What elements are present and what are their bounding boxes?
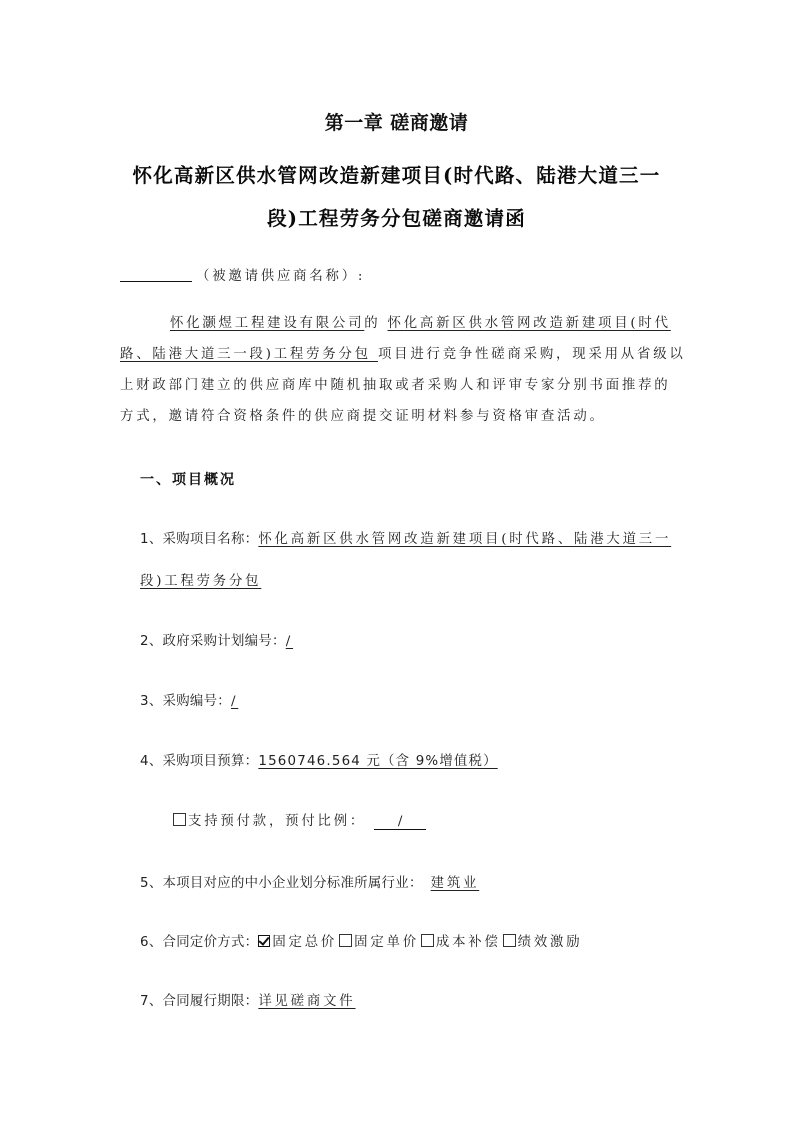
intro-line-2-text: 项目进行竞争性磋商采购，现采用从省级以	[378, 347, 686, 362]
salutation-label: （被邀请供应商名称）:	[196, 269, 365, 284]
item-label: 2、政府采购计划编号：	[140, 634, 286, 649]
intro-paragraph: 怀化灏煜工程建设有限公司的 怀化高新区供水管网改造新建项目(时代 路、陆港大道三…	[120, 312, 676, 432]
item-label: 4、采购项目预算：	[140, 754, 258, 769]
option-cost-reimbursement: 成本补偿	[436, 935, 501, 950]
supplier-name-blank[interactable]	[120, 267, 192, 282]
procurement-number-value: /	[231, 694, 238, 709]
document-title-line-2: 段)工程劳务分包磋商邀请函	[0, 203, 793, 231]
project-name-value-line-1: 怀化高新区供水管网改造新建项目(时代路、陆港大道三一	[258, 532, 671, 547]
budget-value: 1560746.564 元（含 9%增值税）	[258, 754, 497, 769]
prepayment-checkbox[interactable]	[173, 813, 186, 826]
intro-line-2: 路、陆港大道三一段)工程劳务分包 项目进行竞争性磋商采购，现采用从省级以	[120, 343, 686, 362]
fixed-total-price-checkbox[interactable]	[258, 935, 270, 947]
contract-term-value: 详见磋商文件	[258, 994, 355, 1009]
purchaser-name: 怀化灏煜工程建设有限公司	[170, 316, 364, 331]
item-pricing-method: 6、合同定价方式：固定总价固定单价成本补偿绩效激励	[140, 931, 582, 950]
item-industry: 5、本项目对应的中小企业划分标准所属行业：建筑业	[140, 872, 479, 891]
performance-incentive-checkbox[interactable]	[503, 934, 516, 947]
document-page: 第一章 磋商邀请 怀化高新区供水管网改造新建项目(时代路、陆港大道三一 段)工程…	[0, 0, 793, 1122]
intro-line-4: 方式，邀请符合资格条件的供应商提交证明材料参与资格审查活动。	[120, 405, 606, 424]
prepayment-row: 支持预付款，预付比例：/	[173, 810, 426, 830]
plan-number-value: /	[286, 634, 293, 649]
intro-connector: 的	[364, 316, 387, 331]
project-name-part-1: 怀化高新区供水管网改造新建项目(时代	[388, 316, 671, 331]
item-label: 5、本项目对应的中小企业划分标准所属行业：	[140, 876, 423, 891]
item-contract-term: 7、合同履行期限：详见磋商文件	[140, 990, 356, 1009]
item-plan-number: 2、政府采购计划编号：/	[140, 630, 293, 649]
prepayment-ratio-value: /	[374, 814, 426, 830]
salutation: （被邀请供应商名称）:	[120, 265, 365, 284]
project-name-value-line-2: 段)工程劳务分包	[140, 574, 261, 589]
intro-line-3: 上财政部门建立的供应商库中随机抽取或者采购人和评审专家分别书面推荐的	[120, 374, 670, 393]
item-budget: 4、采购项目预算：1560746.564 元（含 9%增值税）	[140, 750, 498, 769]
option-fixed-total-price: 固定总价	[272, 935, 337, 950]
item-label: 1、采购项目名称：	[140, 532, 258, 547]
item-label: 3、采购编号：	[140, 694, 231, 709]
option-performance-incentive: 绩效激励	[518, 935, 583, 950]
chapter-title: 第一章 磋商邀请	[0, 108, 793, 135]
item-project-name: 1、采购项目名称：怀化高新区供水管网改造新建项目(时代路、陆港大道三一	[140, 528, 671, 547]
intro-line-1: 怀化灏煜工程建设有限公司的 怀化高新区供水管网改造新建项目(时代	[170, 312, 671, 331]
option-fixed-unit-price: 固定单价	[354, 935, 419, 950]
item-procurement-number: 3、采购编号：/	[140, 690, 238, 709]
fixed-unit-price-checkbox[interactable]	[339, 934, 352, 947]
cost-reimbursement-checkbox[interactable]	[421, 934, 434, 947]
section-heading-project-overview: 一、项目概况	[140, 469, 236, 489]
industry-value: 建筑业	[431, 876, 480, 891]
project-name-part-2: 路、陆港大道三一段)工程劳务分包	[120, 347, 378, 362]
item-project-name-continued: 段)工程劳务分包	[140, 570, 261, 589]
item-label: 7、合同履行期限：	[140, 994, 258, 1009]
prepayment-label: 支持预付款，预付比例：	[188, 814, 366, 829]
document-title-line-1: 怀化高新区供水管网改造新建项目(时代路、陆港大道三一	[0, 160, 793, 188]
item-label: 6、合同定价方式：	[140, 935, 258, 950]
